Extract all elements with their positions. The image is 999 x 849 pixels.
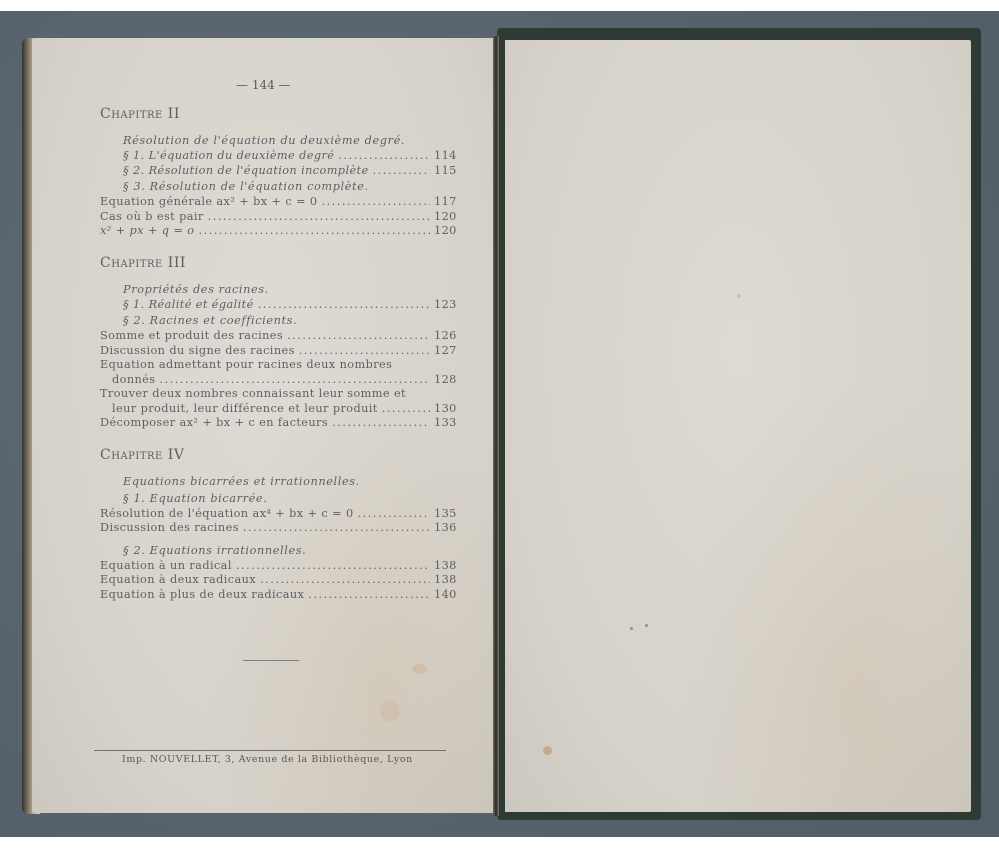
toc-entry: Résolution de l'équation ax⁴ + bx + c = … (100, 507, 456, 522)
section-heading: § 3. Résolution de l'équation complète. (123, 178, 456, 195)
chapter-title: Chapitre IV (100, 447, 456, 463)
section-heading: § 1. Equation bicarrée. (123, 490, 456, 507)
end-rule-divider (243, 660, 299, 661)
footer-rule-divider (94, 750, 446, 751)
page-number: — 144 — (236, 78, 291, 92)
toc-entry: Discussion des racines136 (100, 521, 456, 536)
right-page-blank (505, 40, 971, 812)
page-ref: 138 (434, 559, 456, 574)
printer-imprint: Imp. NOUVELLET, 3, Avenue de la Biblioth… (122, 754, 413, 765)
page-ref: 140 (434, 588, 456, 603)
chapter-3: Chapitre III Propriétés des racines. § 1… (100, 255, 456, 431)
page-ref: 114 (434, 149, 456, 164)
toc-entry: x² + px + q = o120 (100, 224, 456, 239)
toc-entry: Discussion du signe des racines127 (100, 344, 456, 359)
stain (630, 627, 633, 630)
chapter-subtitle: Propriétés des racines. (123, 281, 456, 298)
page-ref: 136 (434, 521, 456, 536)
page-ref: 120 (434, 210, 456, 225)
toc-entry: Equation générale ax² + bx + c = 0117 (100, 195, 456, 210)
toc-entry: Cas où b est pair120 (100, 210, 456, 225)
page-ref: 130 (434, 402, 456, 417)
stain (543, 746, 552, 755)
chapter-subtitle: Résolution de l'équation du deuxième deg… (123, 132, 456, 149)
page-ref: 128 (434, 373, 456, 388)
page-ref: 117 (434, 195, 456, 210)
page-ref: 123 (434, 298, 456, 313)
toc-entry: § 2. Résolution de l'équation incomplète… (123, 164, 456, 179)
chapter-2: Chapitre II Résolution de l'équation du … (100, 106, 456, 239)
toc-entry: Somme et produit des racines126 (100, 329, 456, 344)
page-ref: 127 (434, 344, 456, 359)
table-of-contents: Chapitre II Résolution de l'équation du … (100, 106, 456, 618)
toc-entry-line1: Equation admettant pour racines deux nom… (100, 358, 456, 373)
page-ref: 126 (434, 329, 456, 344)
page-ref: 115 (434, 164, 456, 179)
page-ref: 135 (434, 507, 456, 522)
toc-entry: donnés128 (112, 373, 456, 388)
book-gutter (493, 36, 499, 816)
toc-entry: Décomposer ax² + bx + c en facteurs133 (100, 416, 456, 431)
stain (412, 664, 426, 674)
toc-entry: leur produit, leur différence et leur pr… (112, 402, 456, 417)
chapter-title: Chapitre III (100, 255, 456, 271)
page-ref: 120 (434, 224, 456, 239)
chapter-4: Chapitre IV Equations bicarrées et irrat… (100, 447, 456, 603)
stain (737, 294, 741, 298)
toc-entry: § 1. L'équation du deuxième degré114 (123, 149, 456, 164)
toc-entry: § 1. Réalité et égalité123 (123, 298, 456, 313)
section-heading: § 2. Racines et coefficients. (123, 312, 456, 329)
section-heading: § 2. Equations irrationnelles. (123, 542, 456, 559)
toc-entry: Equation à deux radicaux138 (100, 573, 456, 588)
toc-entry: Equation à plus de deux radicaux140 (100, 588, 456, 603)
chapter-subtitle: Equations bicarrées et irrationnelles. (123, 473, 456, 490)
page-ref: 133 (434, 416, 456, 431)
page-ref: 138 (434, 573, 456, 588)
stain (645, 624, 648, 627)
toc-entry: Equation à un radical138 (100, 559, 456, 574)
stain (380, 700, 400, 722)
toc-entry-line1: Trouver deux nombres connaissant leur so… (100, 387, 456, 402)
chapter-title: Chapitre II (100, 106, 456, 122)
